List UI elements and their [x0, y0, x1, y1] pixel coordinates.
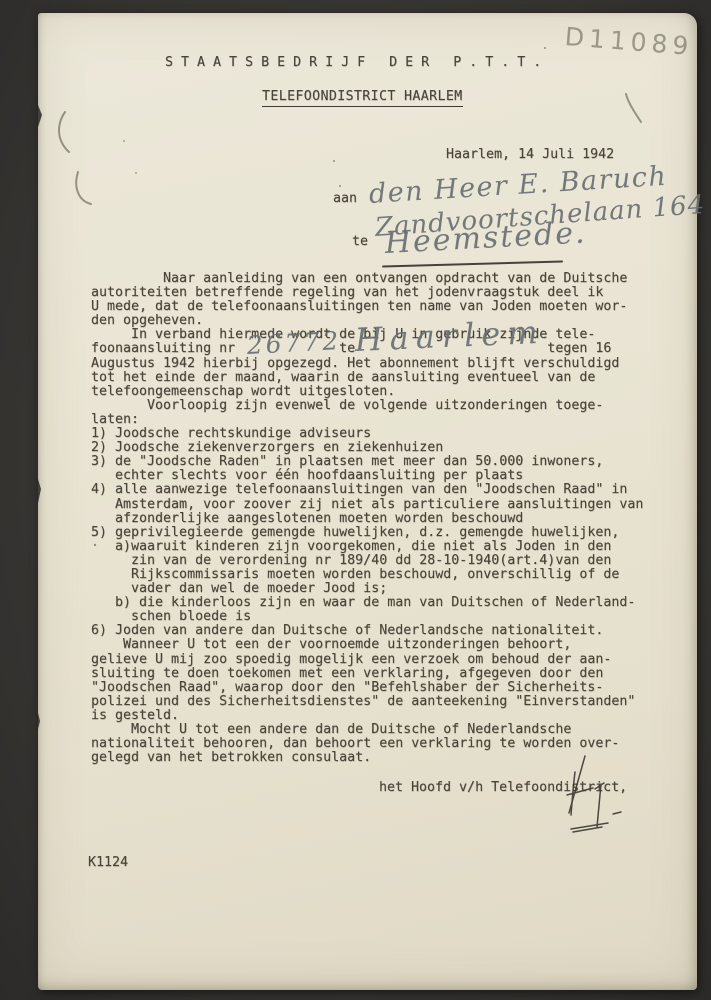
letter-paper: D11089 S T A A T S B E D R I J F D E R P… — [38, 13, 697, 990]
body-line: polizei und des Sicherheitsdienstes" de … — [91, 695, 643, 709]
body-line: is gesteld. — [91, 709, 643, 723]
body-line: gelieve U mij zoo spoedig mogelijk een v… — [91, 653, 643, 667]
city-underline — [382, 260, 563, 267]
letterhead-department: TELEFOONDISTRICT HAARLEM — [262, 89, 463, 107]
letterhead-company: S T A A T S B E D R I J F D E R P . T . … — [165, 55, 541, 70]
body-line: tot het einde der maand, waarin de aansl… — [91, 371, 643, 385]
body-line: a)waaruit kinderen zijn voorgekomen, die… — [91, 540, 643, 554]
body-line: Augustus 1942 hierbij opgezegd. Het abon… — [91, 357, 643, 371]
body-line: 1) Joodsche rechtskundige adviseurs — [91, 427, 643, 441]
aan-label: aan — [333, 191, 357, 206]
body-line: Amsterdam, voor zoover zij niet als part… — [91, 498, 643, 512]
body-line: 5) geprivilegieerde gemengde huwelijken,… — [91, 526, 643, 540]
dateline: Haarlem, 14 Juli 1942 — [446, 147, 614, 162]
photo-background: D11089 S T A A T S B E D R I J F D E R P… — [0, 0, 711, 1000]
body-line: 4) alle aanwezige telefoonaansluitingen … — [91, 483, 643, 497]
body-line: Voorloopig zijn evenwel de volgende uitz… — [91, 399, 643, 413]
body-line: Mocht U tot een andere dan de Duitsche o… — [91, 723, 643, 737]
te-label: te — [352, 234, 368, 249]
body-line: "Joodschen Raad", waarop door den "Befeh… — [91, 681, 643, 695]
closing-line: het Hoofd v/h Telefoondistrict, — [379, 780, 627, 795]
body-line: zin van de verordening nr 189/40 dd 28-1… — [91, 554, 643, 568]
form-code: K1124 — [88, 855, 128, 870]
body-line: laten: — [91, 413, 643, 427]
archive-number-pencil: D11089 — [564, 22, 695, 61]
body-line: Naar aanleiding van een ontvangen opdrac… — [91, 272, 643, 286]
body-line: Rijkscommissaris moeten worden beschouwd… — [91, 568, 643, 582]
body-line: sluiting te doen toekomen met een verkla… — [91, 667, 643, 681]
subscription-number-handwritten: 26772 — [246, 326, 342, 360]
paper-edge-notches — [38, 105, 42, 729]
body-line: gelegd van het betrokken consulaat. — [91, 751, 643, 765]
body-line: telefoongemeenschap wordt uitgesloten. — [91, 385, 643, 399]
body-line: Wanneer U tot een der voornoemde uitzond… — [91, 638, 643, 652]
body-line: afzonderlijke aangeslotenen moeten worde… — [91, 512, 643, 526]
